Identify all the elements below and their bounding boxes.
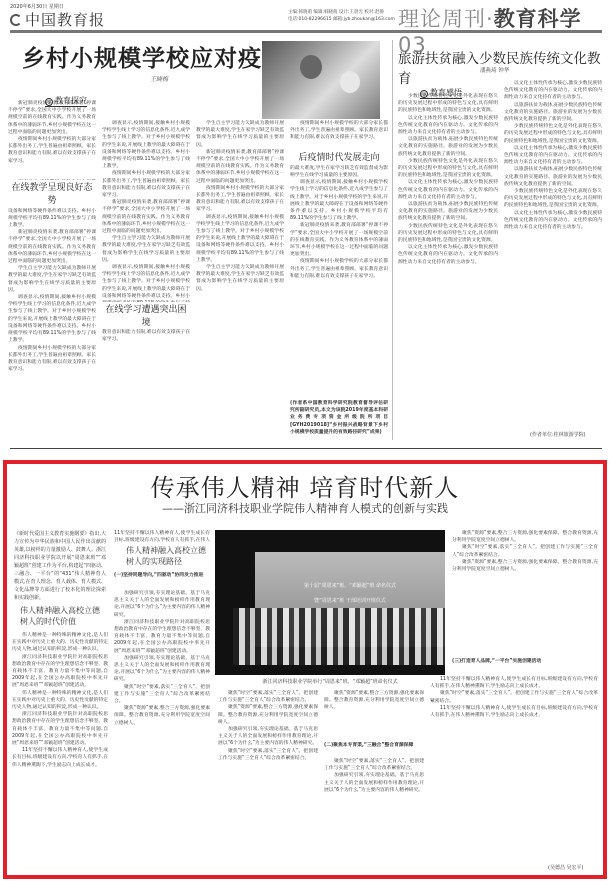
main-article-column-2: 调查显示,疫情期间,接触乡村小规模学校学生线上学习的信息化条件,近九成学生参与了… [102, 120, 190, 440]
side-article-byline: 潘燕琦 钟华 [480, 66, 509, 74]
feature-column-1: 伟人精神是一种特殊的精神文化,是人们在实践中对历史上重大的、历史性贡献的特定历史… [12, 632, 108, 872]
side-article-credit: (作者单位:桂林旅游学院) [530, 431, 586, 438]
feature-sub1: (一)坚持同题导向,“四驱动”协同发力推进 [114, 572, 210, 584]
newspaper-name: 中国教育报 [25, 11, 105, 29]
feature-column-6: 11年坚持不懈以伟人精神育人,使学生成长有目标,班级建设有方向,学校育人有抓手,… [430, 676, 598, 862]
feature-column-4: 聚焦“时空”要素,落实“三全育人”。把创建工作与实施“三全育人”综合改革紧密结合… [324, 758, 424, 872]
subhead-online-teaching: 在线教学呈现良好态势 [8, 180, 96, 206]
photo-figure-adult [300, 55, 322, 79]
feature-column-3: 聚焦“时空”要素,落实“三全育人”。把创建工作与实施“三全育人”综合改革紧密结合… [218, 690, 318, 872]
main-article-footnote: (作者系中国教育科学研究院教育督导评估研究所副研究员,本文为该院2019年度基本… [290, 400, 388, 442]
feature-sub2: (二)聚焦本专育渠,“三融合”整合育源保障 [324, 742, 424, 756]
feature-title: 传承伟人精神 培育时代新人 [0, 468, 610, 503]
feature-sub3: (三)打造育人品牌,“一平台”实施创建活动 [452, 658, 598, 672]
feature-column-4-top: 聚焦“资源”要素,整合三方资源,强化要素保障。整合教育资源,充分利用学院宽度空间… [324, 690, 424, 740]
header-rule [10, 30, 602, 33]
feature-column-2: 加强研究引领,夯实理论基础。基于马克思主义关于人的全面发展和榜样作用教育理论,开… [114, 590, 210, 872]
subhead-online-learning: 在线学习遭遇突出困境 [102, 302, 190, 328]
subhead-post-epidemic: 后疫情时代发展走向 [290, 150, 388, 163]
photo-figure-child [340, 71, 360, 93]
newspaper-logo: 中国教育报 [10, 9, 105, 30]
feature-photo-caption: 浙江同济科技职业学院举行“周恩来”班、“邓颖超”班命名仪式 [215, 678, 445, 685]
main-article-byline: 王晓梅 [150, 74, 168, 83]
article-photo [262, 41, 380, 119]
feature-column-2-top: 11年坚持不懈以伟人精神育人,使学生成长有目标,班级建设有方向,学校育人有抓手,… [114, 530, 210, 542]
logo-icon [10, 14, 22, 26]
main-article-column-1: 新冠肺炎疫情来袭,教育部部署“停课不停学”要求,全国大中小学校开展了一场规模空前… [8, 100, 96, 440]
feature-photo: 第十届“周恩来”班、“邓颖超”班 命名仪式 暨“周恩来”班 干部培训开班仪式 [215, 530, 445, 675]
feature-credit: (吴德昌 吴宏平) [548, 864, 584, 871]
main-article-column-3: 学生自主学习能力欠缺成为教师开展教学的最大难度,学生在家学习缺乏有效监督成为影响… [196, 120, 284, 440]
photo-group [233, 608, 445, 665]
feature-section2-title: 伟人精神融入高校立德树人的实现路径 [126, 545, 210, 567]
feature-subtitle: ——浙江同济科技职业学院伟人精神育人模式的创新与实践 [0, 500, 610, 516]
section-rule [10, 448, 602, 449]
side-article-column-2: 以文化主体性传承为核心,激发少数民族特色传统文化教育的内在驱动力。文化传承的内源… [504, 80, 602, 430]
side-article-column-1: 少数民族传统特色文化是外化表现在悠久的历史发展过程中形成的特色与文化,具有鲜明的… [398, 93, 498, 438]
feature-intro: 《新时代爱国主义教育实施纲要》指出,大力宣传为中华民族和中国人民作出贡献的英雄,… [14, 530, 106, 600]
feature-section1-title: 伟人精神融入高校立德树人的时代价值 [20, 605, 106, 627]
column-divider [392, 40, 393, 440]
feature-column-5: 聚焦“资源”要素,整合三方资源,强化要素保障。整合教育资源,充分利用学院宽度空间… [452, 530, 598, 655]
